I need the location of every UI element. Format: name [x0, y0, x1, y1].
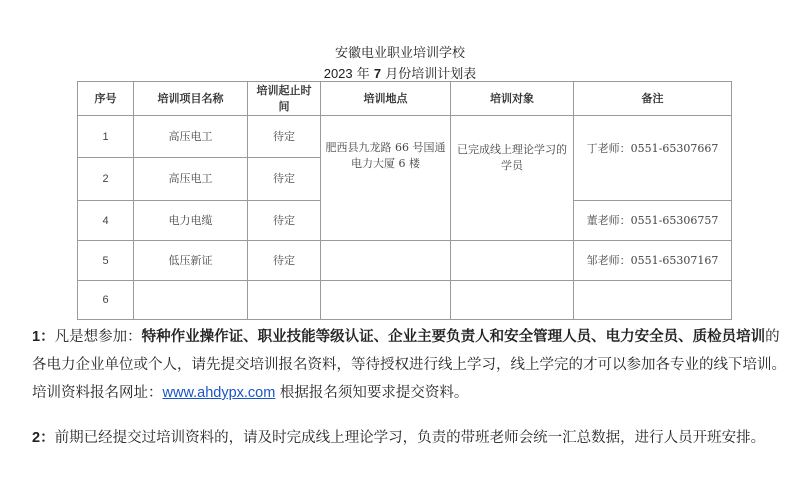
- cell-project: [134, 281, 248, 320]
- cell-seq: 6: [78, 281, 134, 320]
- cell-remark-ding: 丁老师：0551-65307667: [574, 116, 732, 201]
- header-project: 培训项目名称: [134, 82, 248, 116]
- note-1-tail: 根据报名须知要求提交资料。: [275, 385, 468, 401]
- cell-remark-dong: 董老师：0551-65306757: [574, 201, 732, 241]
- header-target: 培训对象: [451, 82, 574, 116]
- table-row: 1 高压电工 待定 肥西县九龙路 66 号国通电力大厦 6 楼 已完成线上理论学…: [78, 116, 732, 158]
- note-2-body: 前期已经提交过培训资料的，请及时完成线上理论学习，负责的带班老师会统一汇总数据，…: [55, 430, 766, 446]
- cell-location-empty: [321, 281, 451, 320]
- plan-title-mid: 年: [353, 67, 374, 82]
- school-name: 安徽电业职业培训学校: [0, 42, 800, 61]
- note-1-label: 1：: [32, 329, 55, 345]
- header-period: 培训起止时间: [248, 82, 321, 116]
- cell-project: 低压新证: [134, 241, 248, 281]
- note-2-label: 2：: [32, 430, 55, 446]
- cell-location: 肥西县九龙路 66 号国通电力大厦 6 楼: [321, 116, 451, 241]
- note-2: 2：前期已经提交过培训资料的，请及时完成线上理论学习，负责的带班老师会统一汇总数…: [32, 424, 792, 452]
- cell-target-empty: [451, 281, 574, 320]
- table-row: 6: [78, 281, 732, 320]
- header-location: 培训地点: [321, 82, 451, 116]
- cell-period: 待定: [248, 241, 321, 281]
- header-seq: 序号: [78, 82, 134, 116]
- cell-seq: 4: [78, 201, 134, 241]
- training-plan-table: 序号 培训项目名称 培训起止时间 培训地点 培训对象 备注 1 高压电工 待定 …: [77, 81, 732, 320]
- plan-title-rest: 月份培训计划表: [381, 67, 476, 82]
- cell-project: 电力电缆: [134, 201, 248, 241]
- cell-period: 待定: [248, 201, 321, 241]
- cell-remark-empty: [574, 281, 732, 320]
- cell-target-empty: [451, 241, 574, 281]
- registration-link[interactable]: www.ahdypx.com: [163, 385, 276, 401]
- plan-title-year: 2023: [324, 66, 353, 81]
- header-remark: 备注: [574, 82, 732, 116]
- note-1-course-list: 特种作业操作证、职业技能等级认证、企业主要负责人和安全管理人员、电力安全员、质检…: [142, 328, 766, 345]
- note-1: 1：凡是想参加：特种作业操作证、职业技能等级认证、企业主要负责人和安全管理人员、…: [32, 323, 792, 407]
- cell-period: [248, 281, 321, 320]
- cell-seq: 2: [78, 158, 134, 201]
- plan-title: 2023 年 7 月份培训计划表: [0, 63, 800, 82]
- cell-seq: 5: [78, 241, 134, 281]
- table-row: 5 低压新证 待定 邹老师：0551-65307167: [78, 241, 732, 281]
- cell-period: 待定: [248, 158, 321, 201]
- cell-remark-zou: 邹老师：0551-65307167: [574, 241, 732, 281]
- cell-target: 已完成线上理论学习的学员: [451, 116, 574, 241]
- cell-project: 高压电工: [134, 158, 248, 201]
- table-header-row: 序号 培训项目名称 培训起止时间 培训地点 培训对象 备注: [78, 82, 732, 116]
- note-1-intro: 凡是想参加：: [55, 329, 142, 345]
- cell-project: 高压电工: [134, 116, 248, 158]
- cell-seq: 1: [78, 116, 134, 158]
- cell-period: 待定: [248, 116, 321, 158]
- cell-location-empty: [321, 241, 451, 281]
